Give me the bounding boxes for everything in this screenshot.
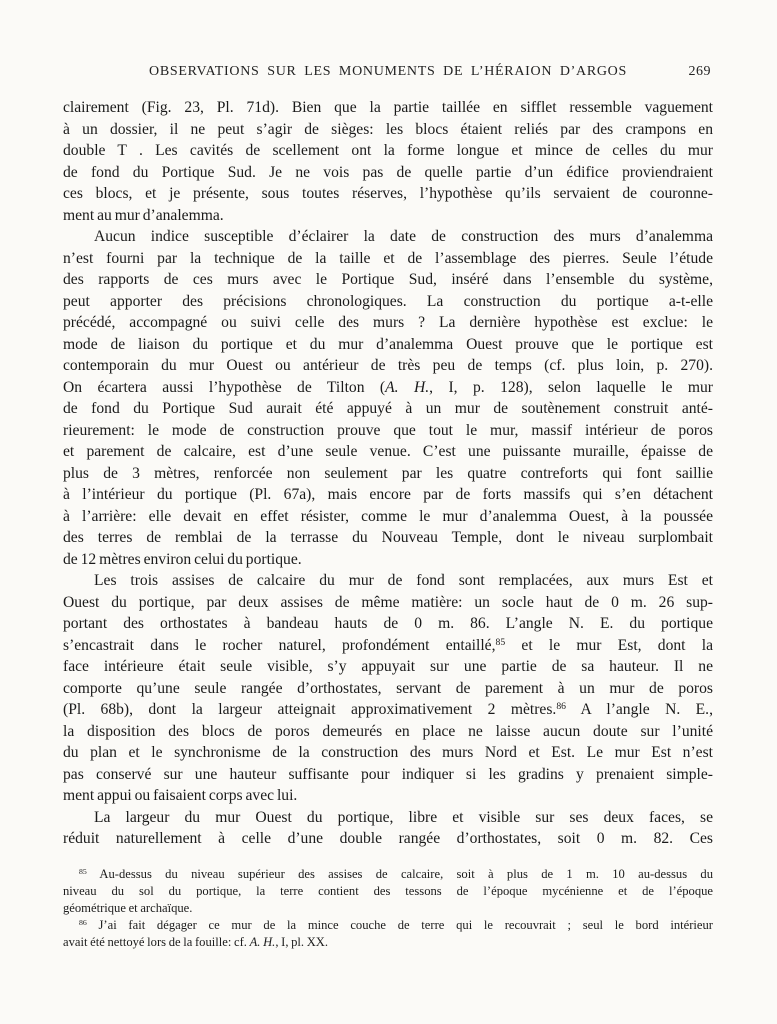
text-line: contemporain du mur Ouest ou antérieur d… [63,355,713,377]
footnote-line: 86 J’ai fait dégager ce mur de la mince … [63,917,713,934]
text-line: clairement (Fig. 23, Pl. 71d). Bien que … [63,97,713,119]
text-line: de 12 mètres environ celui du portique. [63,549,713,571]
footnote-line: niveau du sol du portique, la terre cont… [63,883,713,900]
body-text: clairement (Fig. 23, Pl. 71d). Bien que … [63,97,713,850]
text-line: de fond du Portique Sud aurait été appuy… [63,398,713,420]
scanned-page: OBSERVATIONS SUR LES MONUMENTS DE L’HÉRA… [0,0,777,1024]
footnote-line: avait été nettoyé lors de la fouille: cf… [63,934,713,951]
text-line: Les trois assises de calcaire du mur de … [63,570,713,592]
text-line: précédé, accompagné ou suivi celle des m… [63,312,713,334]
footnote-line: géométrique et archaïque. [63,900,713,917]
text-line: à l’arrière: elle devait en effet résist… [63,506,713,528]
text-line: (Pl. 68b), dont la largeur atteignait ap… [63,699,713,721]
text-line: face intérieure était seule visible, s’y… [63,656,713,678]
text-line: des rapports de ces murs avec le Portiqu… [63,269,713,291]
text-line: la disposition des blocs de poros demeur… [63,721,713,743]
text-line: portant des orthostates à bandeau hauts … [63,613,713,635]
text-line: réduit naturellement à celle d’une doubl… [63,828,713,850]
text-line: s’encastrait dans le rocher naturel, pro… [63,635,713,657]
text-line: ment au mur d’analemma. [63,205,713,227]
text-line: On écartera aussi l’hypothèse de Tilton … [63,377,713,399]
text-line: à l’intérieur du portique (Pl. 67a), mai… [63,484,713,506]
text-line: ment appui ou faisaient corps avec lui. [63,785,713,807]
text-line: Aucun indice susceptible d’éclairer la d… [63,226,713,248]
text-line: des terres de remblai de la terrasse du … [63,527,713,549]
text-line: pas conservé sur une hauteur suffisante … [63,764,713,786]
text-line: de fond du Portique Sud. Je ne vois pas … [63,162,713,184]
text-line: plus de 3 mètres, renforcée non seulemen… [63,463,713,485]
page-number: 269 [689,62,712,82]
running-head-title: OBSERVATIONS SUR LES MONUMENTS DE L’HÉRA… [63,62,713,82]
text-line: et parement de calcaire, est d’une seule… [63,441,713,463]
footnote-line: 85 Au-dessus du niveau supérieur des ass… [63,866,713,883]
text-line: ces blocs, et je présente, sous toutes r… [63,183,713,205]
footnote-section: 85 Au-dessus du niveau supérieur des ass… [63,866,713,951]
text-line: rieurement: le mode de construction prou… [63,420,713,442]
text-line: comporte qu’une seule rangée d’orthostat… [63,678,713,700]
text-line: à un dossier, il ne peut s’agir de siège… [63,119,713,141]
text-line: n’est fourni par la technique de la tail… [63,248,713,270]
text-line: Ouest du portique, par deux assises de m… [63,592,713,614]
text-line: peut apporter des précisions chronologiq… [63,291,713,313]
text-line: du plan et le synchronisme de la constru… [63,742,713,764]
page-header: OBSERVATIONS SUR LES MONUMENTS DE L’HÉRA… [63,62,713,82]
text-line: mode de liaison du portique et du mur d’… [63,334,713,356]
text-line: La largeur du mur Ouest du portique, lib… [63,807,713,829]
text-line: double T . Les cavités de scellement ont… [63,140,713,162]
